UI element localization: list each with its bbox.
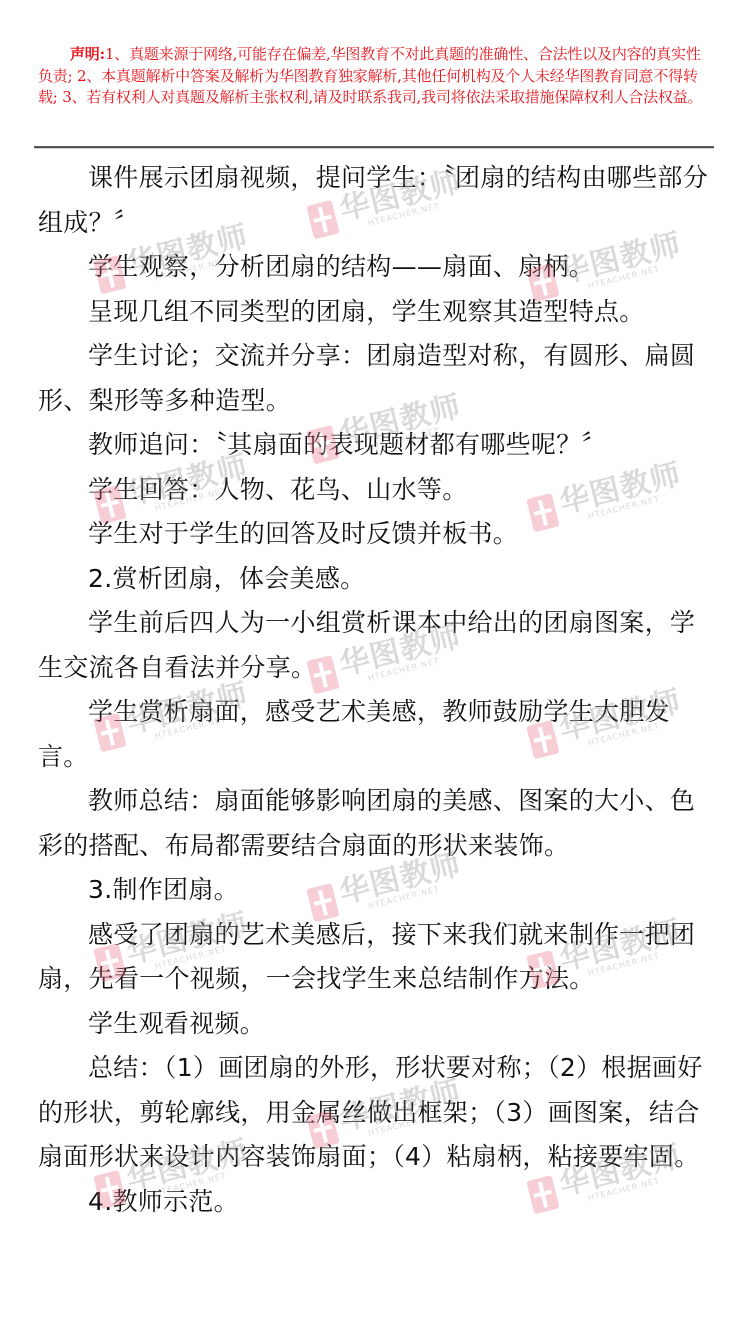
paragraph: 学生观察，分析团扇的结构——扇面、扇柄。 xyxy=(38,245,718,290)
disclaimer-text: 1、真题来源于网络,可能存在偏差,华图教育不对此真题的准确性、合法性以及内容的真… xyxy=(38,45,702,106)
paragraph: 课件展示团扇视频，提问学生：〝团扇的结构由哪些部分组成？〞 xyxy=(38,156,718,245)
paragraph: 感受了团扇的艺术美感后，接下来我们就来制作一把团扇，先看一个视频，一会找学生来总… xyxy=(38,913,718,1002)
paragraph: 总结：（1）画团扇的外形，形状要对称；（2）根据画好的形状，剪轮廓线，用金属丝做… xyxy=(38,1046,718,1180)
section-heading: 2.赏析团扇，体会美感。 xyxy=(38,557,718,602)
paragraph: 学生观看视频。 xyxy=(38,1002,718,1047)
paragraph: 教师总结：扇面能够影响团扇的美感、图案的大小、色彩的搭配、布局都需要结合扇面的形… xyxy=(38,779,718,868)
disclaimer-label: 声明: xyxy=(70,45,105,63)
paragraph: 呈现几组不同类型的团扇，学生观察其造型特点。 xyxy=(38,290,718,335)
header-divider xyxy=(34,146,714,149)
paragraph: 学生讨论；交流并分享：团扇造型对称，有圆形、扁圆形、梨形等多种造型。 xyxy=(38,334,718,423)
disclaimer-paragraph: 声明:1、真题来源于网络,可能存在偏差,华图教育不对此真题的准确性、合法性以及内… xyxy=(38,44,714,109)
section-heading: 3.制作团扇。 xyxy=(38,868,718,913)
disclaimer-header: 声明:1、真题来源于网络,可能存在偏差,华图教育不对此真题的准确性、合法性以及内… xyxy=(38,44,714,109)
document-body: 课件展示团扇视频，提问学生：〝团扇的结构由哪些部分组成？〞 学生观察，分析团扇的… xyxy=(38,156,718,1224)
paragraph: 学生赏析扇面，感受艺术美感，教师鼓励学生大胆发言。 xyxy=(38,690,718,779)
paragraph: 学生对于学生的回答及时反馈并板书。 xyxy=(38,512,718,557)
paragraph: 教师追问：〝其扇面的表现题材都有哪些呢？〞 xyxy=(38,423,718,468)
paragraph: 学生前后四人为一小组赏析课本中给出的团扇图案，学生交流各自看法并分享。 xyxy=(38,601,718,690)
paragraph: 学生回答：人物、花鸟、山水等。 xyxy=(38,468,718,513)
section-heading: 4.教师示范。 xyxy=(38,1180,718,1225)
